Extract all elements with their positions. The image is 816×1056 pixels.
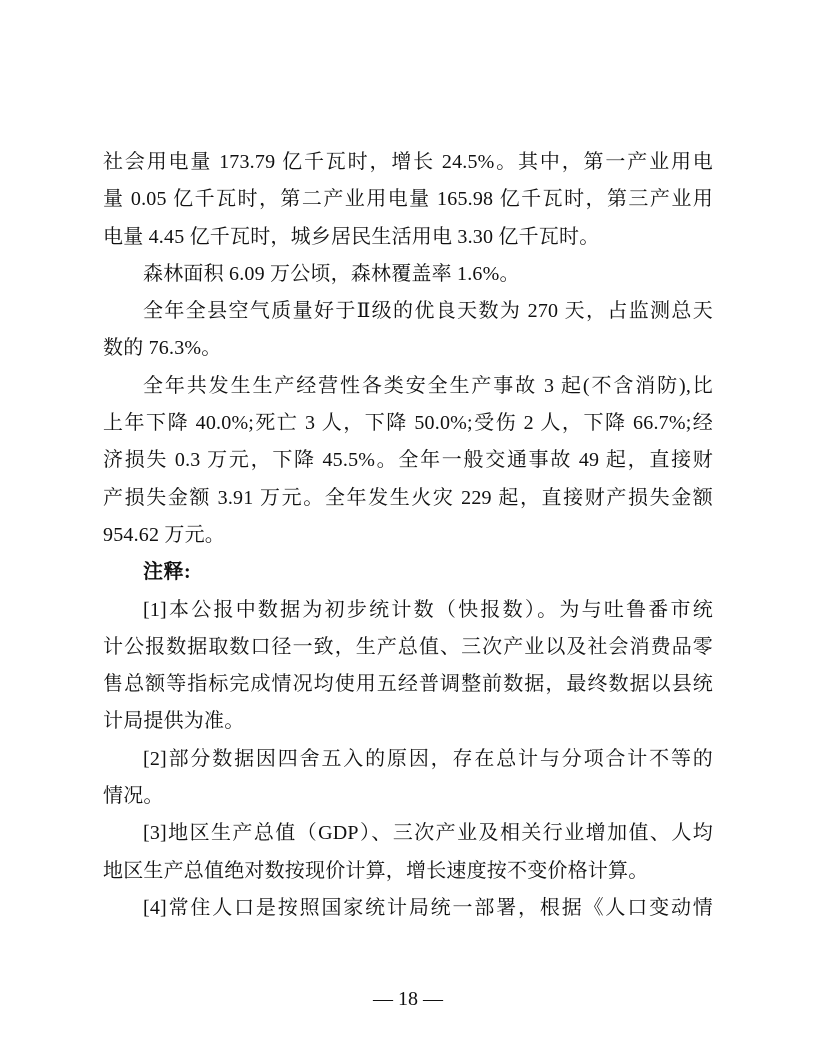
text-line: 森林面积 6.09 万公顷，森林覆盖率 1.6%。 [103,256,713,293]
paragraph: 注释: [103,554,713,591]
text-line: 上年下降 40.0%;死亡 3 人，下降 50.0%;受伤 2 人，下降 66.… [103,405,713,442]
paragraph: 森林面积 6.09 万公顷，森林覆盖率 1.6%。 [103,256,713,293]
paragraph: 社会用电量 173.79 亿千瓦时，增长 24.5%。其中，第一产业用电量 0.… [103,144,713,256]
text-line: 全年全县空气质量好于Ⅱ级的优良天数为 270 天，占监测总天 [103,293,713,330]
paragraph: 全年共发生生产经营性各类安全生产事故 3 起(不含消防),比上年下降 40.0%… [103,368,713,554]
text-line: 济损失 0.3 万元，下降 45.5%。全年一般交通事故 49 起，直接财 [103,442,713,479]
text-line: 954.62 万元。 [103,517,713,554]
paragraph: 全年全县空气质量好于Ⅱ级的优良天数为 270 天，占监测总天数的 76.3%。 [103,293,713,368]
paragraph: [3]地区生产总值（GDP）、三次产业及相关行业增加值、人均地区生产总值绝对数按… [103,815,713,890]
text-line: 全年共发生生产经营性各类安全生产事故 3 起(不含消防),比 [103,368,713,405]
text-line: [3]地区生产总值（GDP）、三次产业及相关行业增加值、人均 [103,815,713,852]
text-line: [1]本公报中数据为初步统计数（快报数）。为与吐鲁番市统 [103,592,713,629]
text-line: 注释: [103,554,713,591]
document-page: 社会用电量 173.79 亿千瓦时，增长 24.5%。其中，第一产业用电量 0.… [0,0,816,1056]
text-line: [2]部分数据因四舍五入的原因，存在总计与分项合计不等的 [103,741,713,778]
text-line: 量 0.05 亿千瓦时，第二产业用电量 165.98 亿千瓦时，第三产业用 [103,181,713,218]
text-line: 社会用电量 173.79 亿千瓦时，增长 24.5%。其中，第一产业用电 [103,144,713,181]
text-line: [4]常住人口是按照国家统计局统一部署，根据《人口变动情 [103,890,713,927]
text-line: 产损失金额 3.91 万元。全年发生火灾 229 起，直接财产损失金额 [103,480,713,517]
text-line: 数的 76.3%。 [103,330,713,367]
page-footer: — 18 — [0,984,816,1014]
paragraph: [2]部分数据因四舍五入的原因，存在总计与分项合计不等的情况。 [103,741,713,816]
text-line: 地区生产总值绝对数按现价计算，增长速度按不变价格计算。 [103,853,713,890]
paragraph: [4]常住人口是按照国家统计局统一部署，根据《人口变动情 [103,890,713,927]
paragraph: [1]本公报中数据为初步统计数（快报数）。为与吐鲁番市统计公报数据取数口径一致，… [103,592,713,741]
text-line: 计局提供为准。 [103,703,713,740]
text-line: 电量 4.45 亿千瓦时，城乡居民生活用电 3.30 亿千瓦时。 [103,219,713,256]
text-line: 售总额等指标完成情况均使用五经普调整前数据，最终数据以县统 [103,666,713,703]
text-line: 计公报数据取数口径一致，生产总值、三次产业以及社会消费品零 [103,629,713,666]
page-number: — 18 — [373,988,443,1010]
text-line: 情况。 [103,778,713,815]
document-body: 社会用电量 173.79 亿千瓦时，增长 24.5%。其中，第一产业用电量 0.… [103,144,713,927]
